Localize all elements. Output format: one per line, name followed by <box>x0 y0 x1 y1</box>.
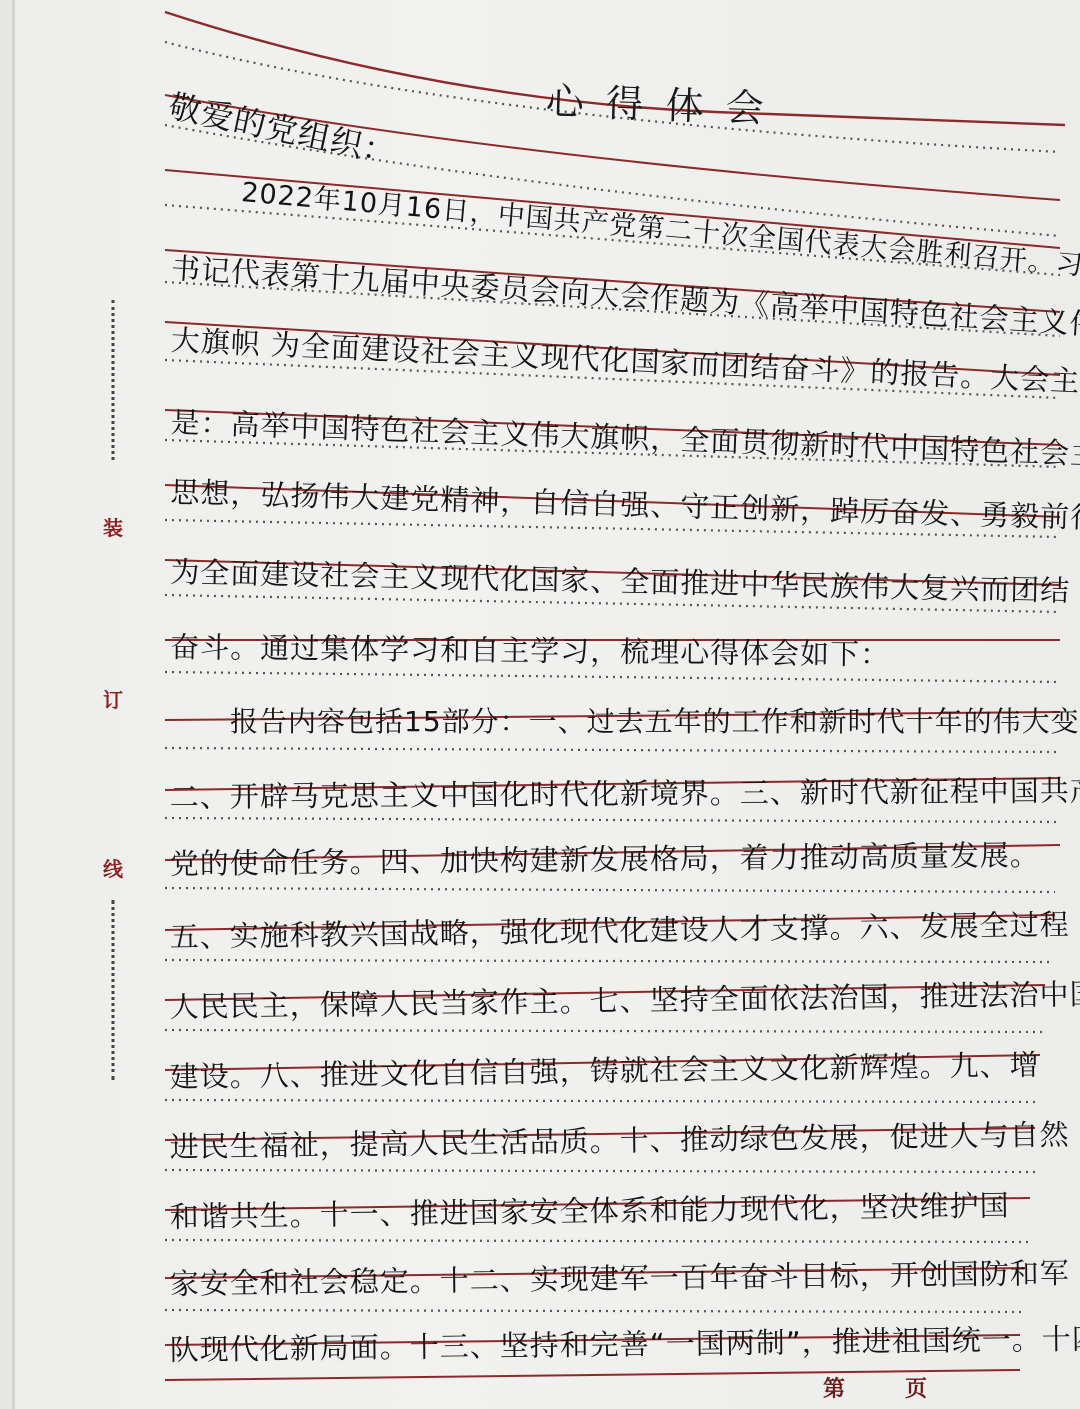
notebook-page: 装 订 线 心得体会 敬爱的党组织： 2022年10月16日，中国共产党第二十次… <box>12 0 1080 1409</box>
body-line-9: 二、开辟马克思主义中国化时代化新境界。三、新时代新征程中国共产 <box>170 769 1080 816</box>
binding-char-ding: 订 <box>93 684 133 713</box>
binding-dotted-line-bottom <box>112 900 115 1080</box>
page-prefix: 第 <box>823 1377 845 1402</box>
body-line-7: 奋斗。通过集体学习和自主学习，梳理心得体会如下： <box>170 625 890 674</box>
body-line-8: 报告内容包括15部分：一、过去五年的工作和新时代十年的伟大变革。 <box>230 700 1080 740</box>
document-title: 心得体会 <box>545 70 787 133</box>
binding-char-zhuang: 装 <box>93 512 133 541</box>
page-suffix: 页 <box>905 1377 927 1402</box>
page-number-footer: 第页 <box>823 1372 987 1403</box>
binding-dotted-line-top <box>112 300 115 460</box>
binding-char-xian: 线 <box>93 853 133 882</box>
binding-margin: 装 订 线 <box>93 300 133 940</box>
